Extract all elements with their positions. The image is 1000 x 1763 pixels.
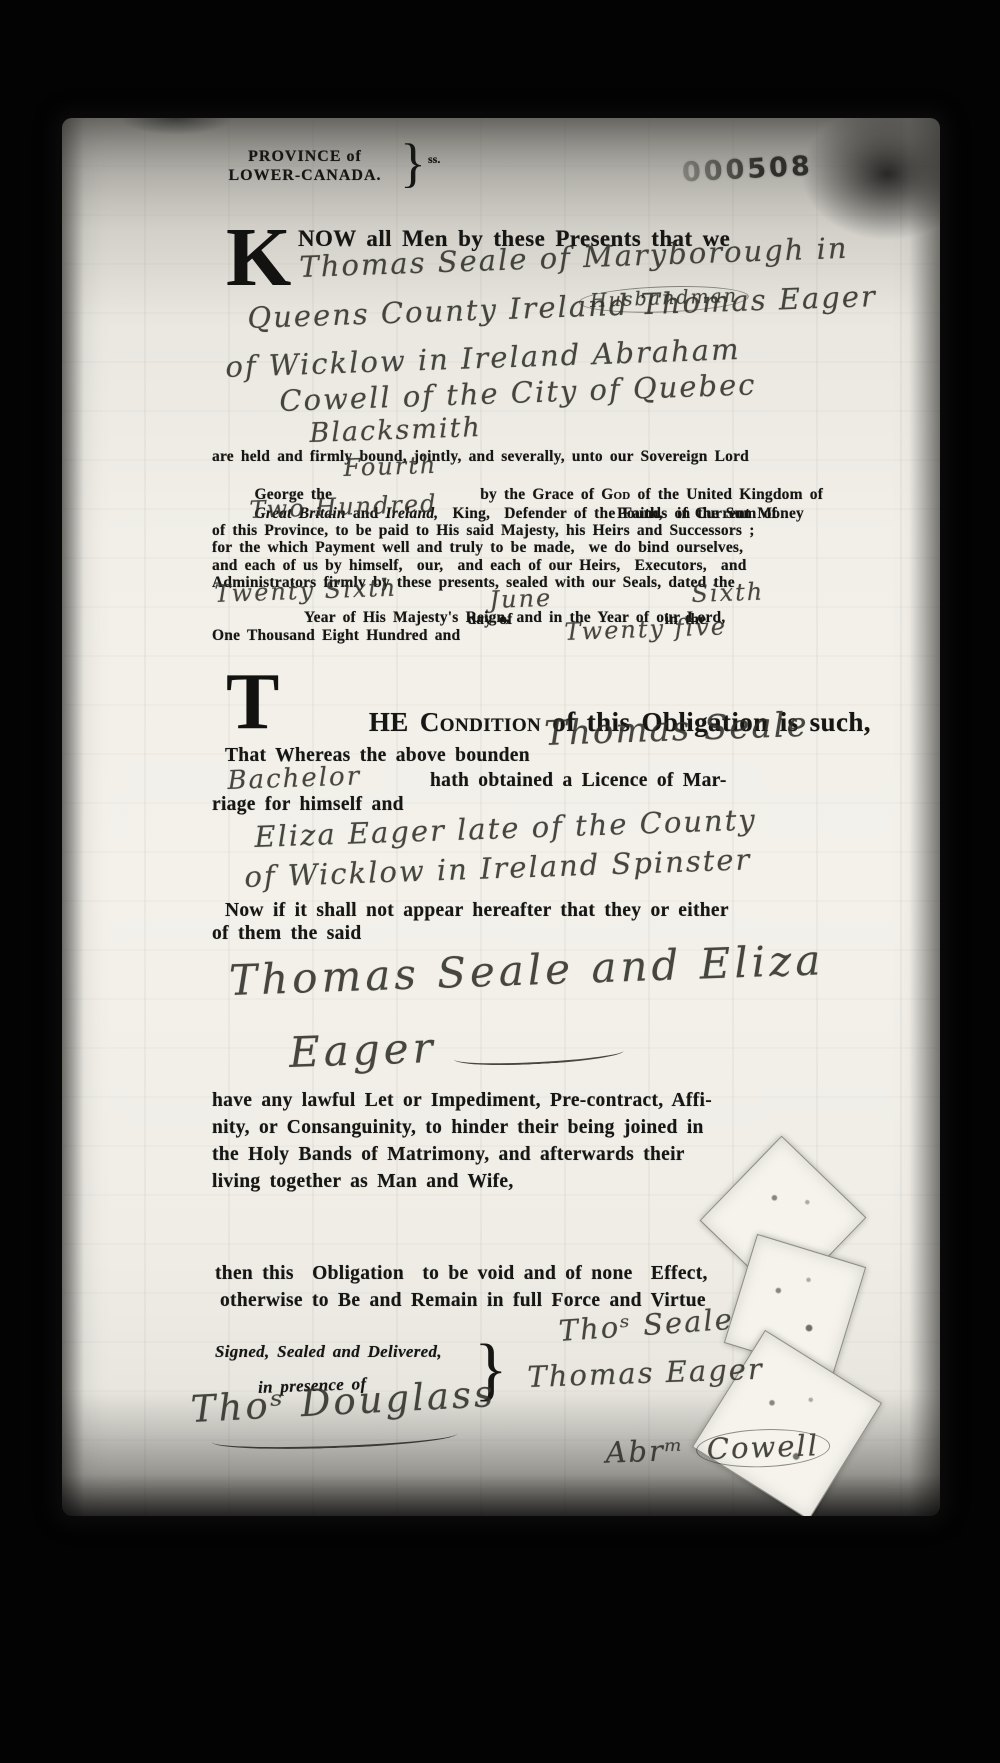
impediment-line-4: living together as Man and Wife, (212, 1171, 514, 1193)
impediment-line-1: have any lawful Let or Impediment, Pre-c… (212, 1090, 712, 1112)
province-line-2: LOWER-CANADA. (200, 167, 410, 185)
bond-line-11: One Thousand Eight Hundred and (212, 627, 467, 646)
province-line-1: PROVINCE of (200, 148, 410, 166)
handwritten-year: Twenty five (564, 612, 727, 646)
signature-abraham-cowell: Abrᵐ Cowell (536, 1394, 831, 1506)
whereas-line-2: hath obtained a Licence of Mar- (430, 770, 727, 792)
bond-line-6: for the which Payment well and truly to … (212, 539, 743, 558)
impediment-line-2: nity, or Consanguinity, to hinder their … (212, 1117, 704, 1139)
handwritten-groom-status: Bachelor (227, 761, 362, 796)
handwritten-couple-names-1: Thomas Seale and Eliza (228, 935, 825, 1005)
dropcap-t: T (226, 670, 279, 736)
signature-given-name: Abrᵐ (605, 1433, 697, 1470)
whereas-line-4: Now if it shall not appear hereafter tha… (225, 900, 729, 922)
bond-line-7: and each of us by himself, our, and each… (212, 557, 747, 576)
bond-line-5: of this Province, to be paid to His said… (212, 522, 755, 541)
signature-surname-looped: Cowell (695, 1427, 830, 1470)
bond-line-1: are held and firmly bound, jointly, and … (212, 448, 749, 467)
document-sheet: PROVINCE of LOWER-CANADA. } ss. 000508 K… (62, 118, 940, 1516)
whereas-line-3: riage for himself and (212, 794, 404, 816)
condition-word-smallcaps: Condition (420, 707, 541, 737)
whereas-line-5: of them the said (212, 923, 362, 945)
handwritten-parties-line-5: Blacksmith (309, 412, 482, 449)
handwritten-king-ordinal: Fourth (343, 451, 438, 482)
dropcap-k: K (226, 224, 291, 293)
handwritten-couple-names-2: Eager (288, 1023, 437, 1077)
microfilm-scan: PROVINCE of LOWER-CANADA. } ss. 000508 K… (0, 0, 1000, 1763)
bond-number-stamp: 000508 (681, 151, 813, 189)
void-line-1: then this Obligation to be void and of n… (215, 1263, 708, 1285)
witness-signature: Thoˢ Douglass (190, 1372, 497, 1431)
pen-flourish (454, 1042, 625, 1069)
condition-he: HE (369, 707, 420, 737)
ss-abbreviation: ss. (428, 152, 440, 167)
handwritten-regnal-year: Sixth (691, 577, 765, 608)
impediment-line-3: the Holy Bands of Matrimony, and afterwa… (212, 1144, 685, 1166)
signed-sealed-label: Signed, Sealed and Delivered, (215, 1342, 442, 1362)
header-brace: } (400, 132, 426, 194)
